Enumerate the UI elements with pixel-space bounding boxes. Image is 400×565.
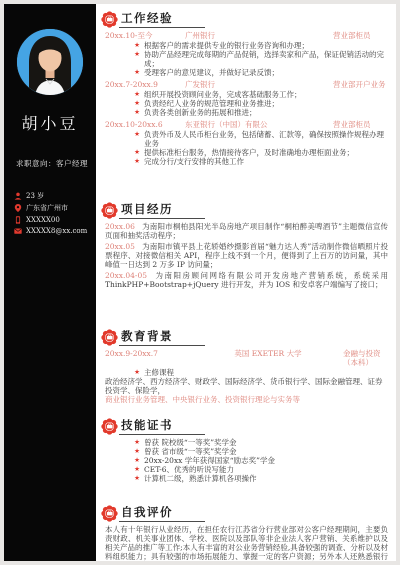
skill-item: ★曾获 省市级“一等奖”奖学金	[130, 447, 388, 456]
education-bullet: ★主修课程	[130, 368, 388, 377]
contact-location: 广东省广州市	[26, 203, 68, 213]
star-bullet-icon: ★	[130, 68, 144, 77]
contact-item-age: 23 岁	[13, 191, 96, 201]
star-bullet-icon: ★	[130, 438, 144, 447]
email-icon	[13, 226, 22, 235]
work-entry: 20xx.10-至今 广州银行 营业部柜员 ★根据客户的需求提供专业的银行业务咨…	[100, 31, 388, 77]
star-bullet-icon: ★	[130, 108, 144, 117]
section-skills: 技能证书 ★曾获 院校级“一等奖”奖学金 ★曾获 省市级“一等奖”奖学金 ★20…	[100, 418, 388, 483]
work-role: 营业部柜员	[333, 120, 388, 129]
star-bullet-icon: ★	[130, 41, 144, 50]
skill-item: ★20xx-20xx 学年获得国家“励志奖”学金	[130, 456, 388, 465]
star-bullet-icon: ★	[130, 157, 144, 166]
star-bullet-icon: ★	[130, 130, 144, 148]
work-entry-head: 20xx.7-20xx.9 广发银行 营业部开户业务	[105, 80, 388, 89]
section-projects: 项目经历 20xx.06为南阳市桐柏县阳光半岛房地产项目制作“桐柏醉美啤酒节”主…	[100, 202, 388, 289]
project-item: 20xx.04-05为南阳房顾问网络有限公司开发房地产营销系统，系统采用 Thi…	[105, 271, 388, 289]
project-date: 20xx.04-05	[105, 271, 147, 280]
work-bullet: ★提供标准柜台服务，热情接待客户，及时准确地办理柜面业务；	[130, 148, 388, 157]
section-education: 教育背景 20xx.9-20xx.7 英国 EXETER 大学 金融与投资（本科…	[100, 329, 388, 404]
work-entry-head: 20xx.10-至今 广州银行 营业部柜员	[105, 31, 388, 40]
work-entry-head: 20xx.10-20xx.6 东亚银行（中国）有限公 营业部柜员	[105, 120, 388, 129]
work-company: 东亚银行（中国）有限公	[185, 120, 333, 129]
work-date: 20xx.10-至今	[105, 31, 185, 40]
project-date: 20xx.05	[105, 242, 135, 251]
education-section-title: 教育背景	[119, 330, 205, 346]
work-bullet: ★根据客户的需求提供专业的银行业务咨询和办理；	[130, 41, 388, 50]
projects-section-title: 项目经历	[119, 203, 205, 219]
work-bullet: ★负责外币及人民币柜台业务，包括储蓄、汇款等，确保按照操作规程办理业务	[130, 130, 388, 148]
projects-seal-icon	[101, 202, 118, 219]
education-date: 20xx.9-20xx.7	[105, 349, 193, 367]
objective-label: 求职意向：	[16, 159, 56, 168]
education-courses: 政治经济学、西方经济学、财政学、国际经济学、货币银行学、国际金融管理、证券投资学…	[105, 377, 388, 404]
resume-content: 工作经验 20xx.10-至今 广州银行 营业部柜员 ★根据客户的需求提供专业的…	[96, 4, 396, 561]
work-bullet: ★受理客户的意见建议，并做好记录反馈；	[130, 68, 388, 77]
skill-item: ★CET-6、优秀的听说写能力	[130, 465, 388, 474]
star-bullet-icon: ★	[130, 456, 144, 465]
work-date: 20xx.10-20xx.6	[105, 120, 185, 129]
work-bullet: ★负责各类创新业务的拓展和推进；	[130, 108, 388, 117]
projects-section-header: 项目经历	[100, 202, 388, 219]
project-item: 20xx.06为南阳市桐柏县阳光半岛房地产项目制作“桐柏醉美啤酒节”主题微信宣传…	[105, 222, 388, 240]
job-objective: 求职意向：客户经理	[16, 158, 96, 169]
evaluation-section-header: 自我评价	[100, 505, 388, 522]
education-major: 金融与投资（本科）	[343, 349, 388, 367]
skills-section-title: 技能证书	[119, 419, 205, 435]
work-bullet: ★协助产品经理完成每期的产品促销，选择卖家和产品，保证促销活动的完成；	[130, 50, 388, 68]
contact-email: XXXXX8@xx.com	[26, 227, 87, 235]
evaluation-section-title: 自我评价	[119, 506, 205, 522]
work-bullet: ★负责经纪人业务的规范管理和业务推进；	[130, 99, 388, 108]
project-text: 为南阳市镇平县上花轿婚纱摄影首届“魅力达人秀”活动制作微信晒照片投票程序、对接微…	[105, 242, 388, 269]
work-date: 20xx.7-20xx.9	[105, 80, 185, 89]
candidate-name: 胡小豆	[4, 111, 96, 134]
skill-item: ★计算机二级，熟悉计算机各项操作	[130, 474, 388, 483]
evaluation-seal-icon	[101, 505, 118, 522]
contact-item-location: 广东省广州市	[13, 203, 96, 213]
project-date: 20xx.06	[105, 222, 135, 231]
contact-item-email: XXXXX8@xx.com	[13, 226, 96, 235]
work-role: 营业部开户业务	[333, 80, 388, 89]
resume-page: 胡小豆 求职意向：客户经理 23 岁 广东省广州市 XXXXX00	[4, 4, 396, 561]
work-section-title: 工作经验	[119, 12, 205, 28]
education-school: 英国 EXETER 大学	[193, 349, 343, 367]
objective-value: 客户经理	[56, 159, 88, 168]
star-bullet-icon: ★	[130, 90, 144, 99]
skills-section-header: 技能证书	[100, 418, 388, 435]
education-seal-icon	[101, 329, 118, 346]
education-section-header: 教育背景	[100, 329, 388, 346]
person-icon	[13, 192, 22, 201]
skill-item: ★曾获 院校级“一等奖”奖学金	[130, 438, 388, 447]
phone-icon	[13, 215, 22, 224]
star-bullet-icon: ★	[130, 474, 144, 483]
avatar	[17, 29, 83, 95]
contact-age: 23 岁	[26, 191, 44, 201]
section-self-evaluation: 自我评价 本人有十年银行从业经历，在担任农行江苏省分行营业部对公客户经理期间，主…	[100, 505, 388, 561]
section-work-experience: 工作经验 20xx.10-至今 广州银行 营业部柜员 ★根据客户的需求提供专业的…	[100, 11, 388, 166]
work-company: 广发银行	[185, 80, 333, 89]
contact-item-phone: XXXXX00	[13, 215, 96, 224]
courses-text: 政治经济学、西方经济学、财政学、国际经济学、货币银行学、国际金融管理、证券投资学…	[105, 377, 383, 395]
profile-photo	[16, 28, 84, 96]
work-bullet: ★组织开展投资顾问业务，完成客基础服务工作；	[130, 90, 388, 99]
work-company: 广州银行	[185, 31, 333, 40]
education-head: 20xx.9-20xx.7 英国 EXETER 大学 金融与投资（本科）	[105, 349, 388, 367]
star-bullet-icon: ★	[130, 148, 144, 157]
project-text: 为南阳房顾问网络有限公司开发房地产营销系统，系统采用 ThinkPHP+Boot…	[105, 271, 388, 289]
star-bullet-icon: ★	[130, 465, 144, 474]
star-bullet-icon: ★	[130, 99, 144, 108]
star-bullet-icon: ★	[130, 447, 144, 456]
work-entry: 20xx.10-20xx.6 东亚银行（中国）有限公 营业部柜员 ★负责外币及人…	[100, 120, 388, 166]
work-entry: 20xx.7-20xx.9 广发银行 营业部开户业务 ★组织开展投资顾问业务，完…	[100, 80, 388, 117]
contact-list: 23 岁 广东省广州市 XXXXX00 XXXXX8@xx.com	[13, 191, 96, 235]
work-bullet: ★完成分行/支行安排的其他工作	[130, 157, 388, 166]
project-text: 为南阳市桐柏县阳光半岛房地产项目制作“桐柏醉美啤酒节”主题微信宣传页面和抽奖活动…	[105, 222, 388, 240]
contact-phone: XXXXX00	[26, 216, 60, 224]
skills-seal-icon	[101, 418, 118, 435]
work-seal-icon	[101, 11, 118, 28]
evaluation-text: 本人有十年银行从业经历，在担任农行江苏省分行营业部对公客户经理期间，主要负责财政…	[105, 525, 388, 561]
star-bullet-icon: ★	[130, 50, 144, 68]
project-item: 20xx.05为南阳市镇平县上花轿婚纱摄影首届“魅力达人秀”活动制作微信晒照片投…	[105, 242, 388, 269]
star-bullet-icon: ★	[130, 368, 144, 377]
courses-highlight: 商业银行业务管理、中央银行业务、投资银行理论与实务等	[105, 395, 300, 404]
work-section-header: 工作经验	[100, 11, 388, 28]
location-icon	[13, 204, 22, 213]
sidebar: 胡小豆 求职意向：客户经理 23 岁 广东省广州市 XXXXX00	[4, 4, 96, 561]
work-role: 营业部柜员	[333, 31, 388, 40]
